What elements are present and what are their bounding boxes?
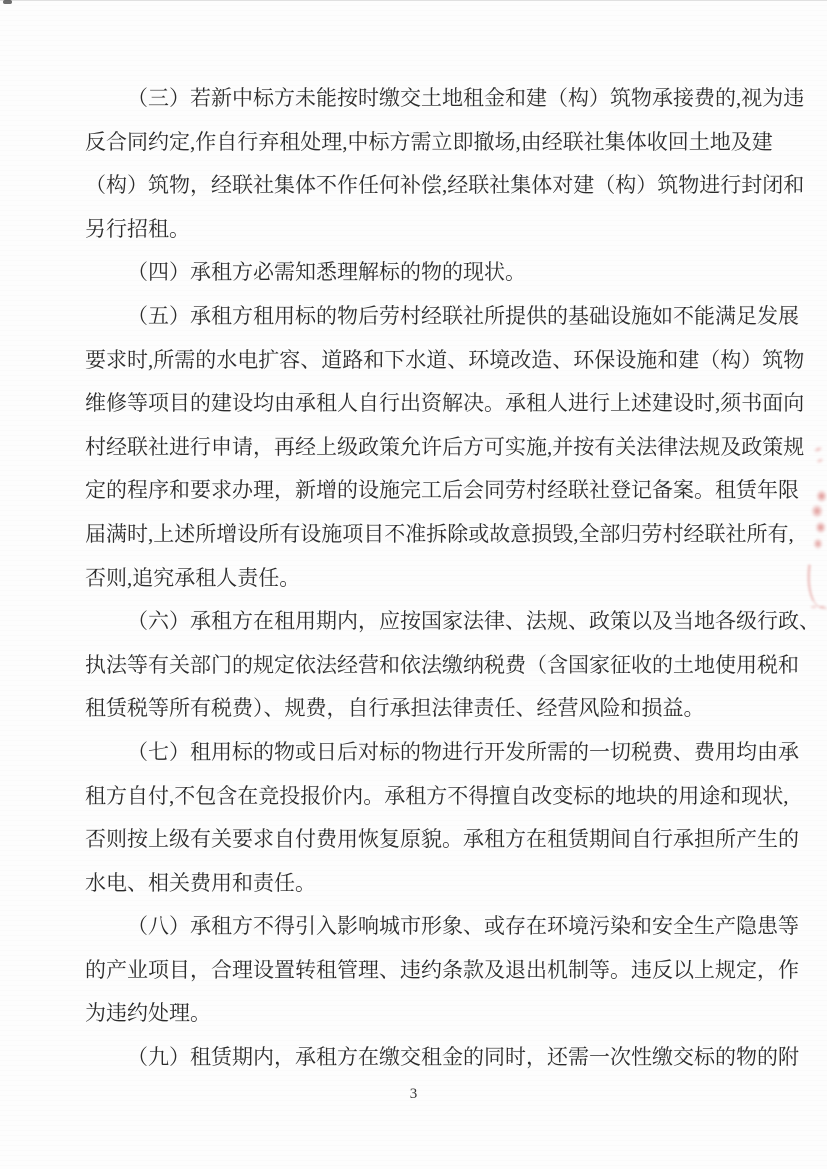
text-line: （九）租赁期内，承租方在缴交租金的同时，还需一次性缴交标的物的附: [85, 1036, 747, 1080]
red-seal-fragment-1: [808, 443, 827, 469]
text-line: （七）租用标的物或日后对标的物进行开发所需的一切税费、费用均由承: [85, 731, 747, 775]
text-line: （五）承租方租用标的物后劳村经联社所提供的基础设施如不能满足发展: [85, 295, 747, 339]
text-line: 水电、相关费用和责任。: [85, 862, 747, 906]
red-seal-fragment-2: [809, 488, 827, 556]
text-line: 的产业项目，合理设置转租管理、违约条款及退出机制等。违反以上规定，作: [85, 949, 747, 993]
text-line: （三）若新中标方未能按时缴交土地租金和建（构）筑物承接费的,视为违: [85, 77, 747, 121]
scan-artifact-dot: [3, 0, 12, 4]
text-line: 定的程序和要求办理，新增的设施完工后会同劳村经联社登记备案。租赁年限: [85, 469, 747, 513]
paragraph: （四）承租方必需知悉理解标的物的现状。: [85, 251, 747, 295]
paragraph: （五）承租方租用标的物后劳村经联社所提供的基础设施如不能满足发展要求时,所需的水…: [85, 295, 747, 600]
text-line: 执法等有关部门的规定依法经营和依法缴纳税费（含国家征收的土地使用税和: [85, 644, 747, 688]
text-line: （构）筑物，经联社集体不作任何补偿,经联社集体对建（构）筑物进行封闭和: [85, 164, 747, 208]
text-line: 另行招租。: [85, 208, 747, 252]
document-page: （三）若新中标方未能按时缴交土地租金和建（构）筑物承接费的,视为违反合同约定,作…: [0, 0, 827, 1169]
text-line: 村经联社进行申请，再经上级政策允许后方可实施,并按有关法律法规及政策规: [85, 426, 747, 470]
text-line: 反合同约定,作自行弃租处理,中标方需立即撤场,由经联社集体收回土地及建: [85, 121, 747, 165]
text-line: 要求时,所需的水电扩容、道路和下水道、环境改造、环保设施和建（构）筑物: [85, 339, 747, 383]
text-line: 否则按上级有关要求自付费用恢复原貌。承租方在租赁期间自行承担所产生的: [85, 818, 747, 862]
paragraph: （三）若新中标方未能按时缴交土地租金和建（构）筑物承接费的,视为违反合同约定,作…: [85, 77, 747, 251]
document-body: （三）若新中标方未能按时缴交土地租金和建（构）筑物承接费的,视为违反合同约定,作…: [85, 77, 747, 1080]
text-line: 届满时,上述所增设所有设施项目不准拆除或故意损毁,全部归劳村经联社所有,: [85, 513, 747, 557]
text-line: 租方自付,不包含在竞投报价内。承租方不得擅自改变标的地块的用途和现状,: [85, 775, 747, 819]
text-line: 为违约处理。: [85, 992, 747, 1036]
paragraph: （九）租赁期内，承租方在缴交租金的同时，还需一次性缴交标的物的附: [85, 1036, 747, 1080]
text-line: （四）承租方必需知悉理解标的物的现状。: [85, 251, 747, 295]
text-line: 维修等项目的建设均由承租人自行出资解决。承租人进行上述建设时,须书面向: [85, 382, 747, 426]
page-number: 3: [0, 1086, 827, 1103]
paragraph: （八）承租方不得引入影响城市形象、或存在环境污染和安全生产隐患等的产业项目，合理…: [85, 905, 747, 1036]
paragraph: （七）租用标的物或日后对标的物进行开发所需的一切税费、费用均由承租方自付,不包含…: [85, 731, 747, 905]
paragraph: （六）承租方在租用期内，应按国家法律、法规、政策以及当地各级行政、执法等有关部门…: [85, 600, 747, 731]
red-seal-fragment-3: [802, 564, 827, 609]
text-line: 租赁税等所有税费）、规费，自行承担法律责任、经营风险和损益。: [85, 687, 747, 731]
scan-edge-line: [0, 0, 827, 1]
text-line: （八）承租方不得引入影响城市形象、或存在环境污染和安全生产隐患等: [85, 905, 747, 949]
text-line: （六）承租方在租用期内，应按国家法律、法规、政策以及当地各级行政、: [85, 600, 747, 644]
text-line: 否则,追究承租人责任。: [85, 557, 747, 601]
